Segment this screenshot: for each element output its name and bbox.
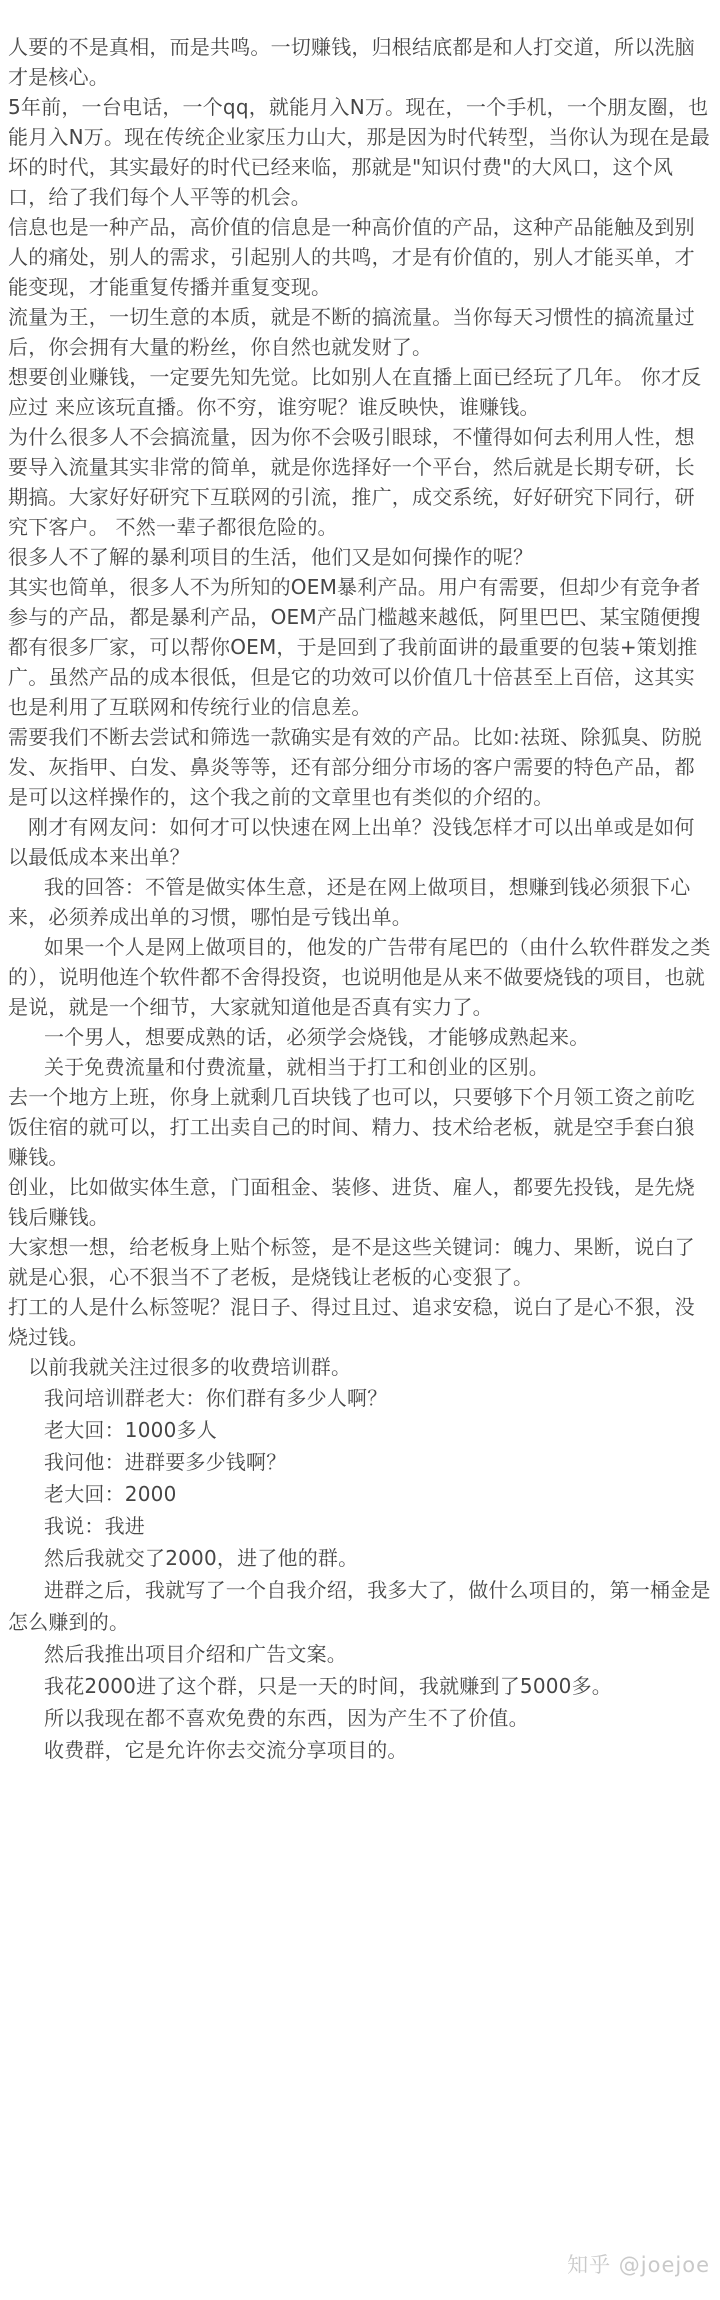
dialog-line: 所以我现在都不喜欢免费的东西，因为产生不了价值。 (8, 1702, 712, 1734)
dialog-line: 然后我就交了2000，进了他的群。 (8, 1542, 712, 1574)
paragraph: 关于免费流量和付费流量，就相当于打工和创业的区别。 (8, 1052, 712, 1082)
paragraph: 我的回答：不管是做实体生意，还是在网上做项目，想赚到钱必须狠下心来，必须养成出单… (8, 872, 712, 932)
dialog-line: 老大回：2000 (8, 1478, 712, 1510)
dialog-line: 然后我推出项目介绍和广告文案。 (8, 1638, 712, 1670)
dialog-line: 老大回：1000多人 (8, 1414, 712, 1446)
dialog-line: 我花2000进了这个群，只是一天的时间，我就赚到了5000多。 (8, 1670, 712, 1702)
zhihu-watermark: 知乎 @joejoe (567, 2252, 710, 2278)
paragraph: 流量为王，一切生意的本质，就是不断的搞流量。当你每天习惯性的搞流量过后，你会拥有… (8, 302, 712, 362)
paragraph: 去一个地方上班，你身上就剩几百块钱了也可以，只要够下个月领工资之前吃饭住宿的就可… (8, 1082, 712, 1172)
article-body: 人要的不是真相，而是共鸣。一切赚钱，归根结底都是和人打交道，所以洗脑才是核心。 … (0, 0, 720, 1766)
paragraph: 人要的不是真相，而是共鸣。一切赚钱，归根结底都是和人打交道，所以洗脑才是核心。 (8, 32, 712, 92)
paragraph: 创业，比如做实体生意，门面租金、装修、进货、雇人，都要先投钱，是先烧钱后赚钱。 (8, 1172, 712, 1232)
paragraph: 如果一个人是网上做项目的，他发的广告带有尾巴的（由什么软件群发之类的），说明他连… (8, 932, 712, 1022)
paragraph: 需要我们不断去尝试和筛选一款确实是有效的产品。比如:祛斑、除狐臭、防脱发、灰指甲… (8, 722, 712, 812)
paragraph: 以前我就关注过很多的收费培训群。 (8, 1352, 712, 1382)
paragraph: 刚才有网友问：如何才可以快速在网上出单？没钱怎样才可以出单或是如何以最低成本来出… (8, 812, 712, 872)
paragraph: 5年前，一台电话，一个qq，就能月入N万。现在，一个手机，一个朋友圈，也能月入N… (8, 92, 712, 212)
paragraph: 为什么很多人不会搞流量，因为你不会吸引眼球，不懂得如何去利用人性，想要导入流量其… (8, 422, 712, 542)
paragraph: 很多人不了解的暴利项目的生活，他们又是如何操作的呢？ (8, 542, 712, 572)
dialog-line: 我说：我进 (8, 1510, 712, 1542)
paragraph: 其实也简单，很多人不为所知的OEM暴利产品。用户有需要，但却少有竞争者参与的产品… (8, 572, 712, 722)
dialog-line: 收费群，它是允许你去交流分享项目的。 (8, 1734, 712, 1766)
paragraph: 想要创业赚钱，一定要先知先觉。比如别人在直播上面已经玩了几年。 你才反应过 来应… (8, 362, 712, 422)
paragraph: 一个男人，想要成熟的话，必须学会烧钱，才能够成熟起来。 (8, 1022, 712, 1052)
paragraph: 打工的人是什么标签呢？混日子、得过且过、追求安稳，说白了是心不狠，没烧过钱。 (8, 1292, 712, 1352)
dialog-line: 我问他：进群要多少钱啊？ (8, 1446, 712, 1478)
dialog-line: 我问培训群老大：你们群有多少人啊？ (8, 1382, 712, 1414)
paragraph: 大家想一想，给老板身上贴个标签，是不是这些关键词：魄力、果断，说白了就是心狠，心… (8, 1232, 712, 1292)
dialog-line: 进群之后，我就写了一个自我介绍，我多大了，做什么项目的，第一桶金是怎么赚到的。 (8, 1574, 712, 1638)
paragraph: 信息也是一种产品，高价值的信息是一种高价值的产品，这种产品能触及到别人的痛处，别… (8, 212, 712, 302)
